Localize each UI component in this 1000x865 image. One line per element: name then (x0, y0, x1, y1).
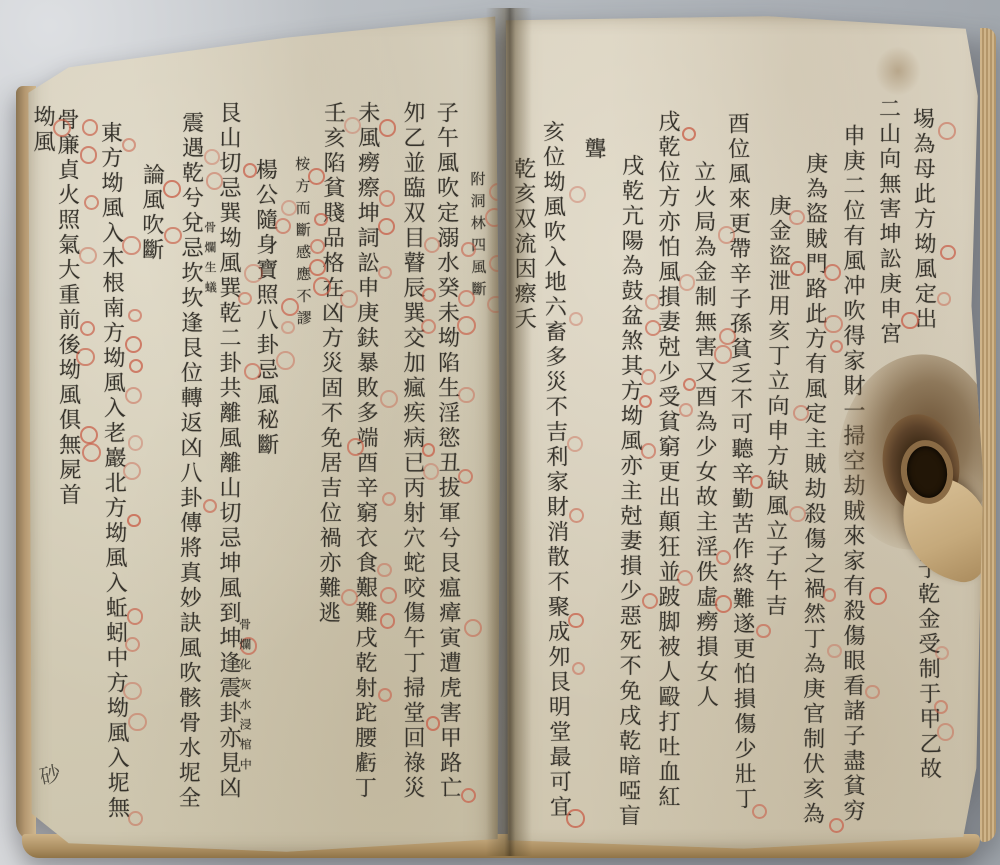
reading-mark (128, 435, 143, 450)
text-column: 未風癆瘵坤詞訟申庚鈇暴敗多端酉辛窮衣食艱難戌乾射跎腰虧丁 (353, 101, 383, 801)
reading-mark (464, 619, 483, 638)
left-page: 砂 附洞林四風斷子午風吹定溺水癸未坳陷生淫慾丑拔軍兮艮瘟瘴寅遭虎害甲路亡夘乙並臨… (26, 8, 500, 856)
text-column: 戌乾亢陽為鼓盆煞其方坳風亦主尅妻損少惡死不免戌乾暗啞盲 (617, 154, 647, 829)
reading-mark (569, 186, 587, 204)
text-column: 酉位風來更帶辛子孫貧乏不可聽辛勤苦作終難遂更怕損傷少壯丁 (726, 112, 759, 812)
reading-mark (682, 127, 696, 141)
text-column: 骨廉貞火照氣大重前後坳風俱無屍首 (56, 108, 84, 508)
text-column: 楊公隨身寶照八卦忌風秘斷 (254, 158, 282, 458)
photo-background: 砂 附洞林四風斷子午風吹定溺水癸未坳陷生淫慾丑拔軍兮艮瘟瘴寅遭虎害甲路亡夘乙並臨… (0, 0, 1000, 865)
page-stack-right-edge (980, 28, 996, 842)
reading-mark (281, 321, 295, 335)
reading-mark (129, 359, 143, 373)
reading-mark (378, 688, 392, 702)
text-column: 震遇乾兮兌忌坎坎逢艮位轉返凶八卦傳將真妙訣風吹骸骨水坭全 (177, 111, 207, 811)
text-column: 桉方而斷感應不謬 (294, 156, 315, 332)
reading-mark (569, 312, 583, 326)
small-stain (875, 46, 921, 96)
text-column: 論風吹斷 (140, 163, 167, 263)
reading-mark (869, 587, 887, 605)
text-column: 骨爛生蟻 (204, 221, 220, 301)
text-column: 二山向無害坤訟庚申宮 (877, 97, 904, 347)
reading-mark (380, 613, 395, 628)
right-page: 埸為母此方坳風定出 卯属土配合于乾金受制于甲乙故二山向無害坤訟庚申宮申庚二位有風… (503, 12, 985, 852)
text-column: 壬亥陷貧賤品格在凶方災固不免居吉位禍亦難逃 (317, 101, 348, 626)
text-column: 子午風吹定溺水癸未坳陷生淫慾丑拔軍兮艮瘟瘴寅遭虎害甲路亡 (435, 101, 465, 801)
reading-mark (940, 245, 955, 260)
reading-mark (380, 390, 398, 408)
text-column: 骨爛化灰水浸棺中 (239, 618, 255, 778)
reading-mark (489, 183, 507, 201)
reading-mark (756, 624, 770, 638)
reading-mark (128, 309, 141, 322)
text-column: 坳風 (32, 105, 58, 155)
reading-mark (572, 662, 585, 675)
reading-mark (938, 122, 956, 140)
text-column: 東方坳風入木根南方坳風入老巖北方坳風入蚯蚓中方坳風入坭無 (99, 121, 132, 821)
reading-mark (380, 587, 397, 604)
text-column: 庚金盜泄用亥丁立向申方缺風立子午吉 (764, 194, 794, 619)
text-column: 亥位坳風吹入地六畜多災不吉利家財消散不聚成夘艮明堂最可宜 (541, 120, 574, 820)
text-column: 立火局為金制無害又酉為少女故主淫佚虛癆損女人 (693, 160, 722, 710)
text-column: 庚為盜賊門路此方有風定主賊劫殺傷之禍然丁為庚官制伏亥為 (801, 152, 831, 827)
text-column: 乾亥双流因瘵夭 (513, 157, 540, 332)
text-column: 夘乙並臨双目瞽辰巽交加瘋疾病已丙射穴蛇咬傷午丁掃堂回祿災 (402, 101, 428, 801)
reading-mark (382, 492, 396, 506)
text-column: 聾 (583, 137, 609, 162)
corner-mark: 砂 (32, 761, 66, 788)
reading-mark (489, 255, 506, 272)
text-column: 戌乾位方亦怕風損妻尅少受貧窮更出顛狂並跛脚被人毆打吐血紅 (657, 110, 683, 810)
text-column: 附洞林四風斷 (469, 171, 489, 303)
reading-mark (487, 296, 505, 314)
manuscript-book: 砂 附洞林四風斷子午風吹定溺水癸未坳陷生淫慾丑拔軍兮艮瘟瘴寅遭虎害甲路亡夘乙並臨… (0, 0, 1000, 865)
